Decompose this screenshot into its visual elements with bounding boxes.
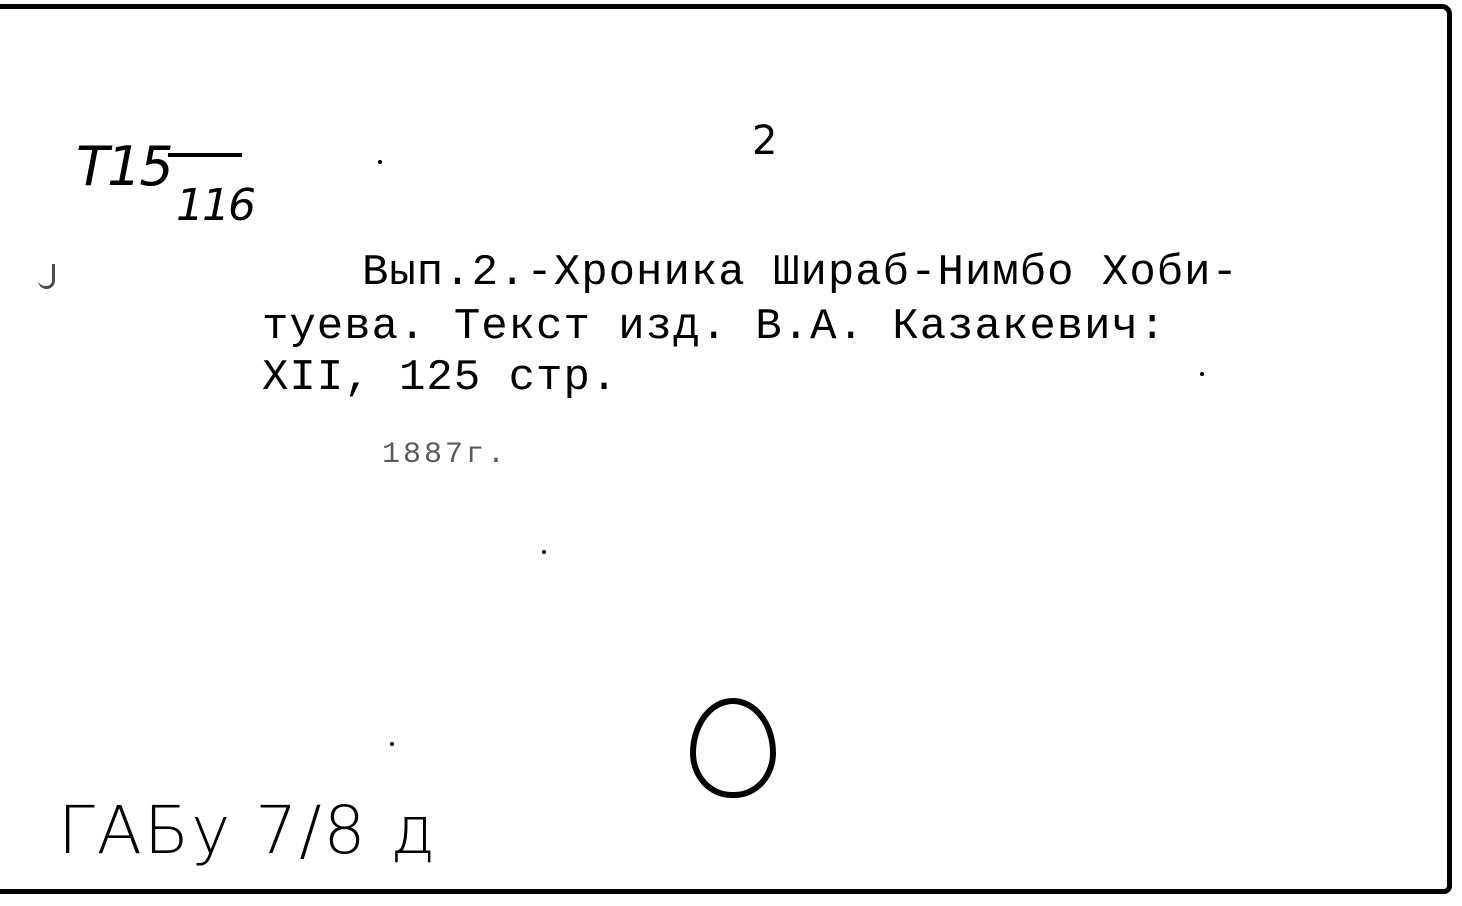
speck xyxy=(378,160,382,164)
punch-hole-icon xyxy=(38,264,55,289)
shelf-mark-bottom: 116 xyxy=(176,180,254,231)
entry-line-3: XII, 125 стр. xyxy=(262,355,618,401)
speck xyxy=(542,550,546,554)
shelf-mark-divider xyxy=(168,153,242,157)
shelf-mark-top: Т15 xyxy=(76,135,172,198)
entry-line-1: Вып.2.-Хроника Шираб-Нимбо Хоби- xyxy=(362,250,1239,296)
card-number: 2 xyxy=(752,118,777,164)
speck xyxy=(390,742,394,746)
speck xyxy=(1200,372,1204,376)
entry-line-2: туева. Текст изд. В.А. Казакевич: xyxy=(262,304,1166,350)
circle-stamp-icon xyxy=(690,698,776,798)
archive-mark: ГАБу 7/8 д xyxy=(58,792,437,869)
entry-year: 1887г. xyxy=(382,438,508,472)
